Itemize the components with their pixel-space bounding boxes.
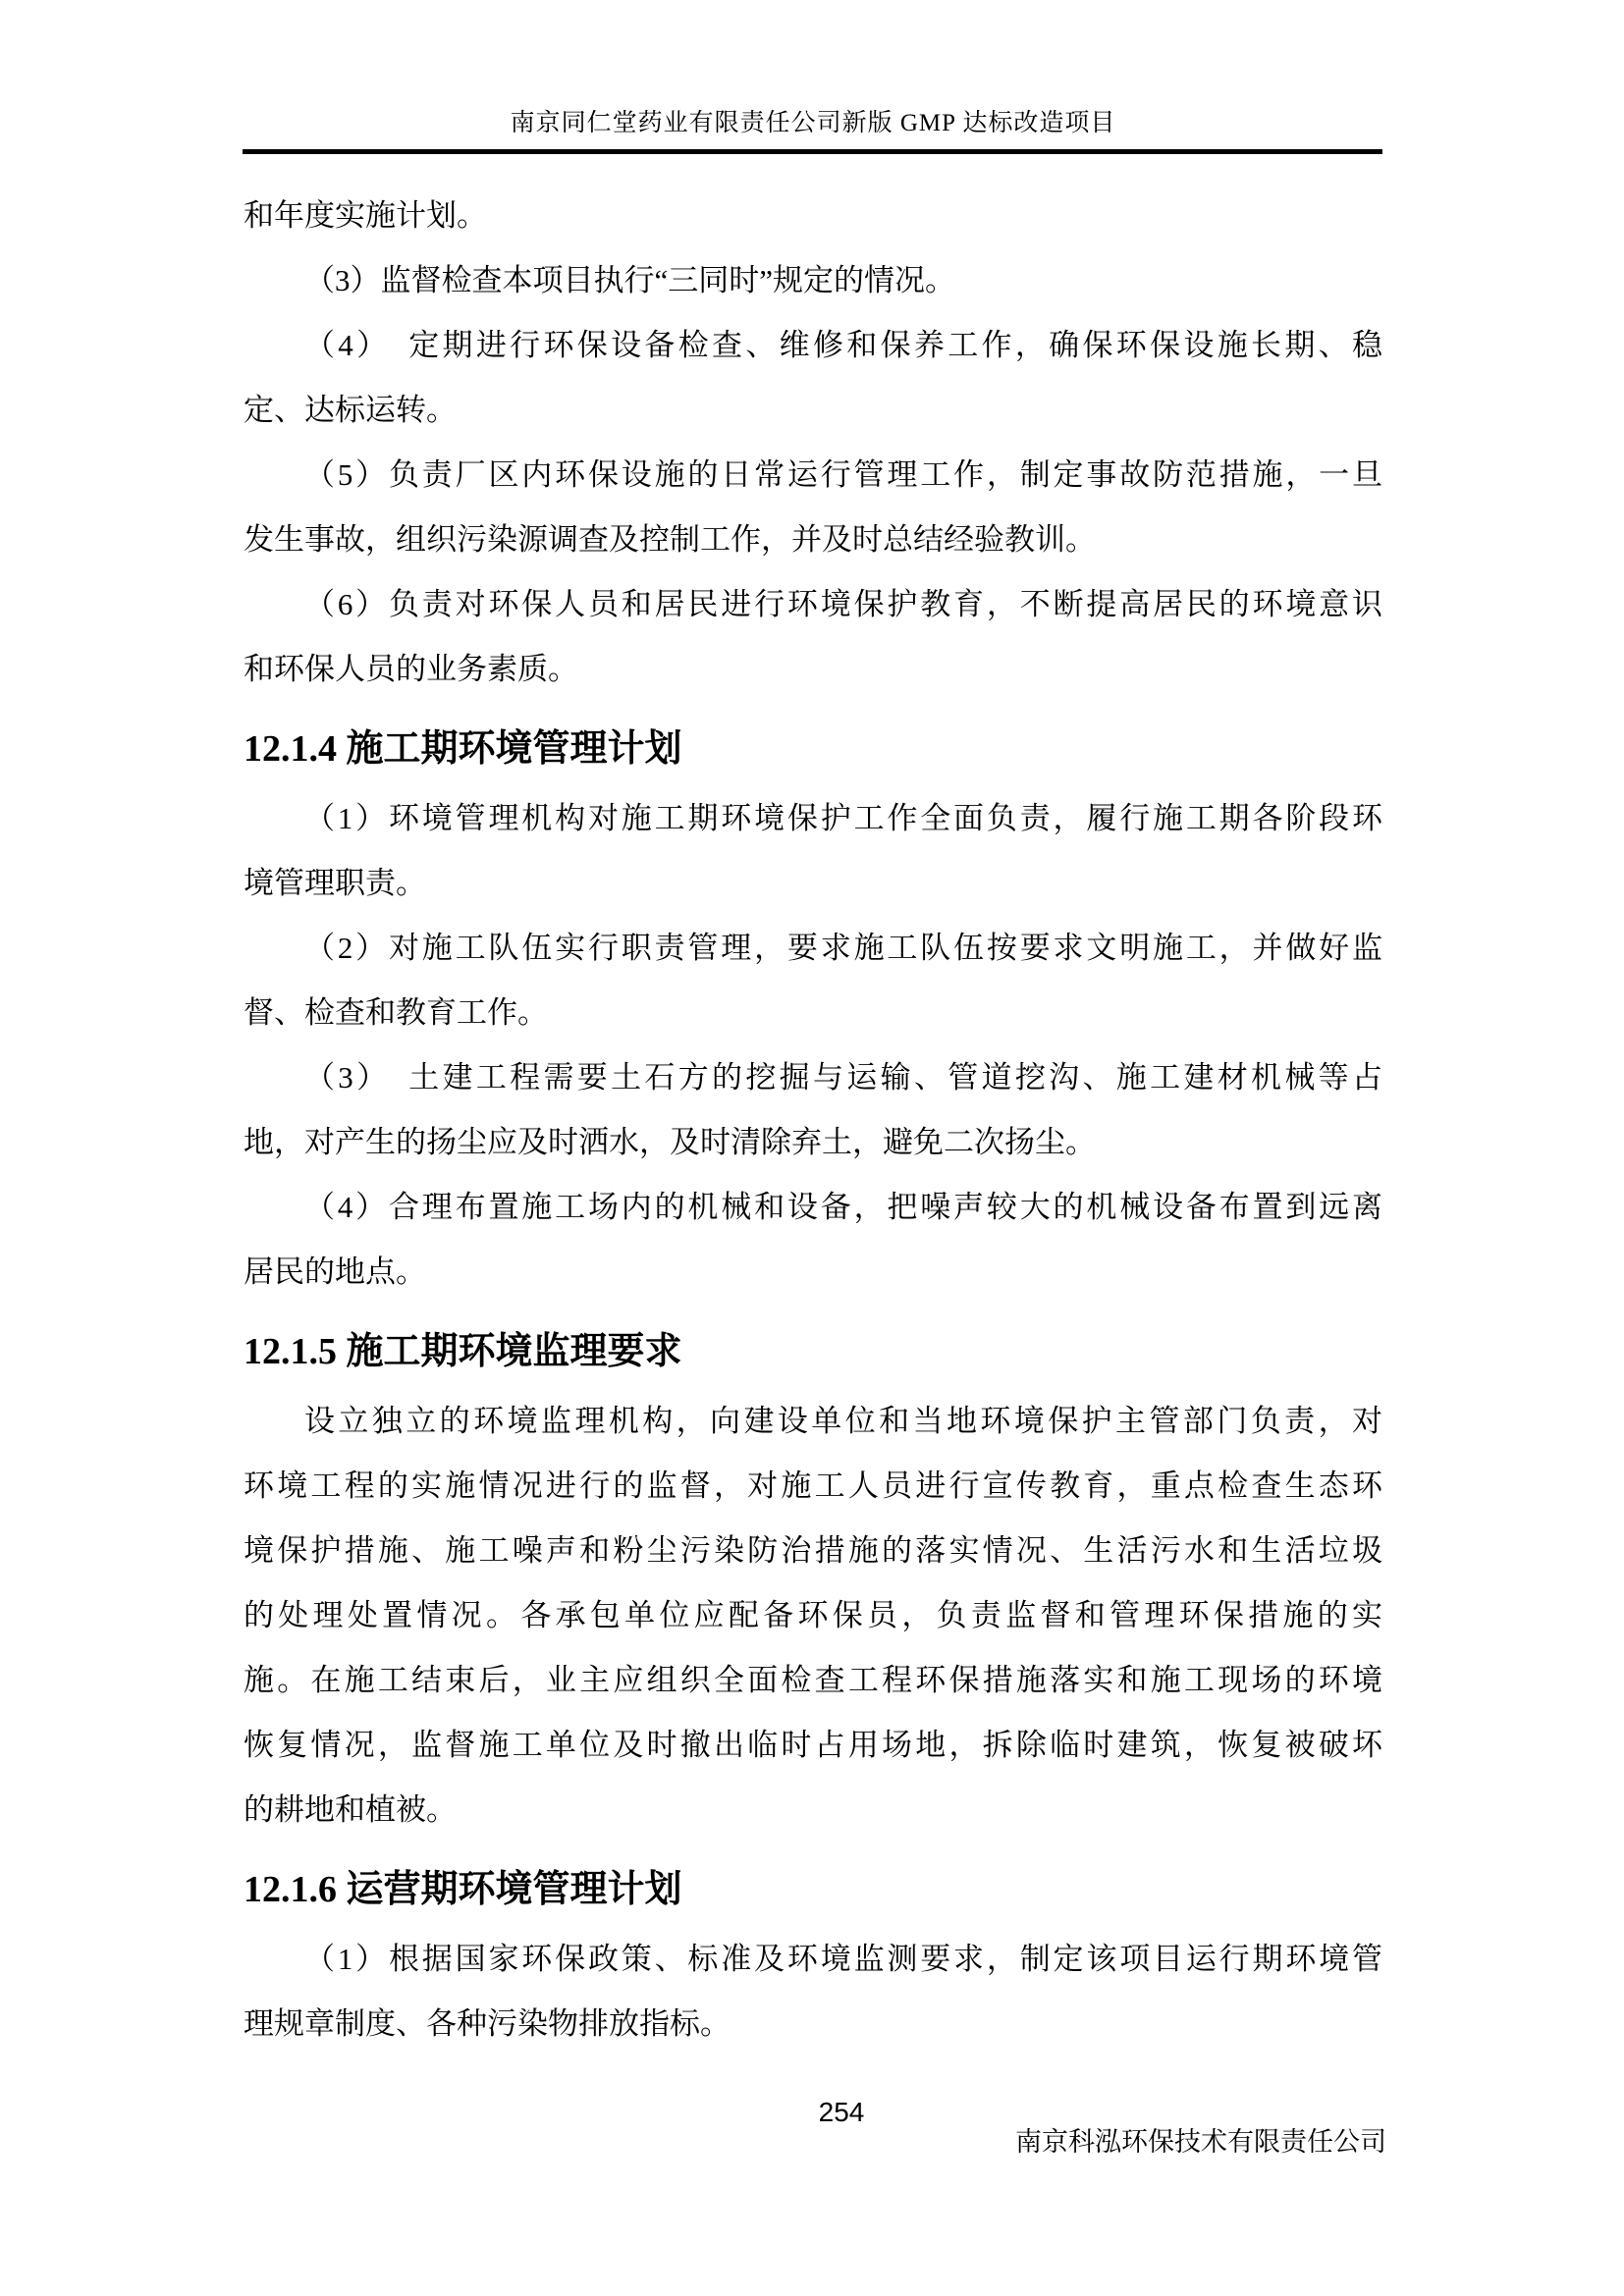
document-page: 南京同仁堂药业有限责任公司新版 GMP 达标改造项目 和年度实施计划。 （3）监… [0,0,1624,2296]
paragraph-line: 环境工程的实施情况进行的监督，对施工人员进行宣传教育，重点检查生态环 [244,1454,1382,1519]
page-header-title: 南京同仁堂药业有限责任公司新版 GMP 达标改造项目 [244,108,1382,139]
page-number: 254 [802,2097,881,2128]
paragraph-line: （3）监督检查本项目执行“三同时”规定的情况。 [244,248,1382,313]
footer-company-name: 南京科泓环保技术有限责任公司 [1015,2126,1386,2158]
header-rule [243,149,1382,154]
paragraph-line: （2）对施工队伍实行职责管理，要求施工队伍按要求文明施工，并做好监 [244,916,1382,981]
paragraph-line: 施。在施工结束后，业主应组织全面检查工程环保措施落实和施工现场的环境 [244,1648,1382,1713]
paragraph-line: 定、达标运转。 [244,378,1382,443]
paragraph-line: 和环保人员的业务素质。 [244,637,1382,702]
paragraph-line: 和年度实施计划。 [244,184,1382,248]
paragraph-line: 督、检查和教育工作。 [244,981,1382,1045]
paragraph-line: 居民的地点。 [244,1240,1382,1305]
paragraph-line: （1）根据国家环保政策、标准及环境监测要求，制定该项目运行期环境管 [244,1927,1382,1992]
paragraph-line: 理规章制度、各种污染物排放指标。 [244,1992,1382,2056]
paragraph-line: （5）负责厂区内环保设施的日常运行管理工作，制定事故防范措施，一旦 [244,443,1382,507]
paragraph-line: 地，对产生的扬尘应及时洒水，及时清除弃土，避免二次扬尘。 [244,1110,1382,1175]
paragraph-line: （4）合理布置施工场内的机械和设备，把噪声较大的机械设备布置到远离 [244,1175,1382,1240]
paragraph-line: 发生事故，组织污染源调查及控制工作，并及时总结经验教训。 [244,507,1382,572]
paragraph-line: 恢复情况，监督施工单位及时撤出临时占用场地，拆除临时建筑，恢复被破坏 [244,1713,1382,1778]
paragraph-line: （1）环境管理机构对施工期环境保护工作全面负责，履行施工期各阶段环 [244,786,1382,851]
paragraph-line: 的耕地和植被。 [244,1778,1382,1842]
paragraph-line: （3） 土建工程需要土石方的挖掘与运输、管道挖沟、施工建材机械等占 [244,1045,1382,1110]
paragraph-line: 境管理职责。 [244,851,1382,916]
document-body: 和年度实施计划。 （3）监督检查本项目执行“三同时”规定的情况。 （4） 定期进… [244,184,1382,2056]
section-heading-12-1-6: 12.1.6 运营期环境管理计划 [244,1852,1382,1927]
paragraph-line: （4） 定期进行环保设备检查、维修和保养工作，确保环保设施长期、稳 [244,313,1382,378]
section-heading-12-1-4: 12.1.4 施工期环境管理计划 [244,712,1382,786]
paragraph-line: 境保护措施、施工噪声和粉尘污染防治措施的落实情况、生活污水和生活垃圾 [244,1519,1382,1583]
paragraph-line: （6）负责对环保人员和居民进行环境保护教育，不断提高居民的环境意识 [244,572,1382,637]
paragraph-line: 设立独立的环境监理机构，向建设单位和当地环境保护主管部门负责，对 [244,1389,1382,1454]
section-heading-12-1-5: 12.1.5 施工期环境监理要求 [244,1314,1382,1389]
paragraph-line: 的处理处置情况。各承包单位应配备环保员，负责监督和管理环保措施的实 [244,1583,1382,1648]
